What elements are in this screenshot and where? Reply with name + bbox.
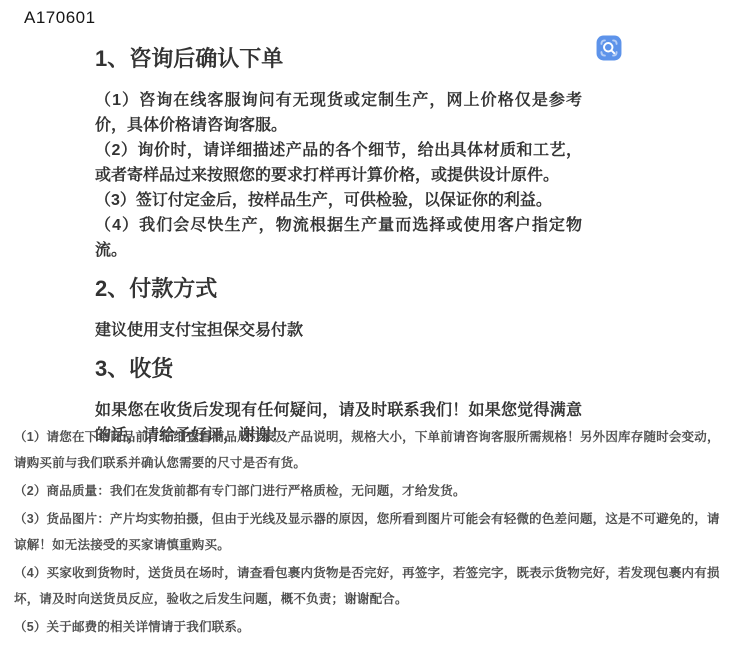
product-detail-page: A170601 1、咨询后确认下单 （1）咨询在线客服询问有无现货或定制生产 (0, 0, 735, 669)
section-paragraph: 建议使用支付宝担保交易付款 (95, 318, 582, 343)
note-item: （1）请您在下单商品前，仔细查看商品尺寸表及产品说明，规格大小，下单前请咨询客服… (14, 424, 722, 476)
note-item: （2）商品质量：我们在发货前都有专门部门进行严格质检，无问题，才给发货。 (14, 478, 722, 504)
section-body-order: （1）咨询在线客服询问有无现货或定制生产，网上价格仅是参考价，具体价格请咨询客服… (95, 88, 582, 263)
section-paragraph: （2）询价时，请详细描述产品的各个细节，给出具体材质和工艺，或者寄样品过来按照您… (95, 138, 582, 188)
section-paragraph: （3）签订付定金后，按样品生产，可供检验，以保证你的利益。 (95, 188, 582, 213)
product-code: A170601 (24, 8, 96, 28)
section-title-order: 1、咨询后确认下单 (95, 46, 582, 72)
section-paragraph: （1）咨询在线客服询问有无现货或定制生产，网上价格仅是参考价，具体价格请咨询客服… (95, 88, 582, 138)
section-body-payment: 建议使用支付宝担保交易付款 (95, 318, 582, 343)
section-paragraph: （4）我们会尽快生产，物流根据生产量而选择或使用客户指定物流。 (95, 213, 582, 263)
note-item: （4）买家收到货物时，送货员在场时，请查看包裹内货物是否完好，再签字，若签完字，… (14, 560, 722, 612)
section-title-payment: 2、付款方式 (95, 276, 582, 302)
detail-sections: 1、咨询后确认下单 （1）咨询在线客服询问有无现货或定制生产，网上价格仅是参考价… (95, 46, 582, 448)
notes-list: （1）请您在下单商品前，仔细查看商品尺寸表及产品说明，规格大小，下单前请咨询客服… (14, 424, 722, 642)
note-item: （3）货品图片：产片均实物拍摄，但由于光线及显示器的原因，您所看到图片可能会有轻… (14, 506, 722, 558)
image-search-icon (596, 49, 622, 64)
image-search-button[interactable] (596, 35, 622, 61)
note-item: （5）关于邮费的相关详情请于我们联系。 (14, 614, 722, 640)
section-title-receipt: 3、收货 (95, 356, 582, 382)
